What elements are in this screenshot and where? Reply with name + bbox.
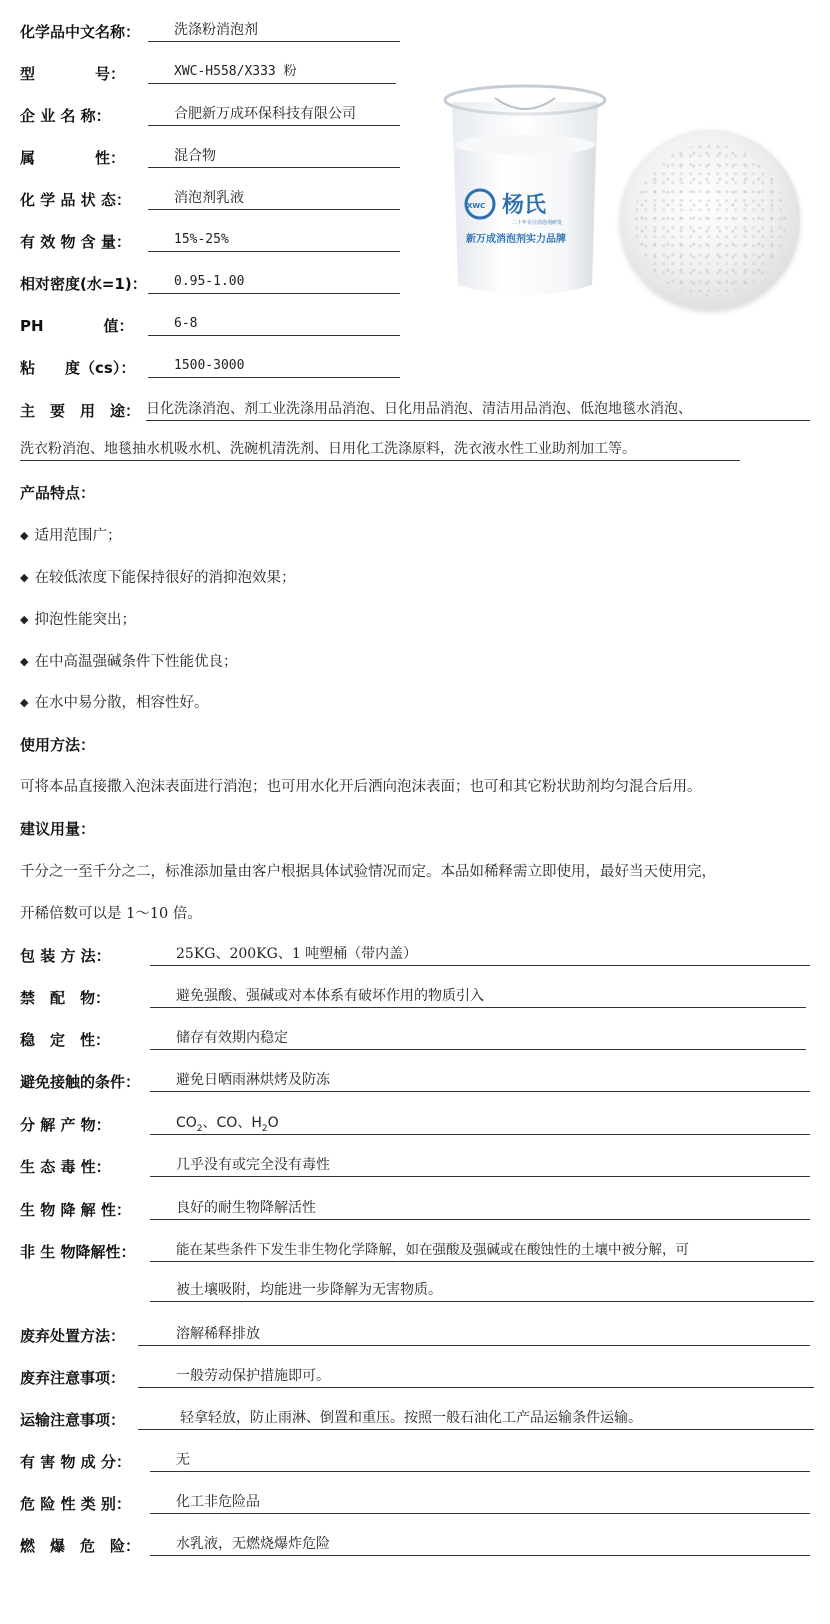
field-packaging: 包 装 方 法：	[20, 942, 111, 966]
field-value: XWC-H558/X333 粉	[148, 62, 396, 84]
field-value: 无	[150, 1450, 810, 1472]
field-value: 良好的耐生物降解活性	[150, 1198, 810, 1220]
usage-text: 可将本品直接撒入泡沫表面进行消泡；也可用水化开后洒向泡沫表面；也可和其它粉状助剂…	[20, 775, 702, 796]
svg-text:XWC: XWC	[467, 202, 485, 210]
field-label: 型 号：	[20, 63, 125, 84]
diamond-bullet-icon: ◆	[20, 529, 28, 542]
field-transport-notes: 运输注意事项：	[20, 1406, 125, 1430]
field-explosion-hazard: 燃 爆 危 险：	[20, 1532, 140, 1556]
field-decomposition: 分 解 产 物：	[20, 1111, 111, 1135]
field-value: 洗涤粉消泡剂	[148, 20, 400, 42]
field-value: 几乎没有或完全没有毒性	[150, 1155, 810, 1177]
field-value: 15%-25%	[148, 230, 400, 252]
diamond-bullet-icon: ◆	[20, 613, 28, 626]
field-value: 轻拿轻放，防止雨淋、倒置和重压。按照一般石油化工产品运输条件运输。	[138, 1408, 814, 1430]
field-stability: 稳 定 性：	[20, 1026, 110, 1050]
main-use-line-2: 洗衣粉消泡、地毯抽水机吸水机、洗碗机清洗剂、日用化工洗涤原料，洗衣液水性工业助剂…	[20, 439, 740, 461]
field-value: 合肥新万成环保科技有限公司	[148, 104, 400, 126]
diamond-bullet-icon: ◆	[20, 696, 28, 709]
field-label: 主 要 用 途：	[20, 400, 140, 421]
field-disposal-method: 废弃处置方法：	[20, 1322, 125, 1346]
field-property: 属 性：	[20, 144, 125, 168]
field-ph: PH 值：	[20, 312, 134, 336]
field-label: 相对密度(水=1)：	[20, 273, 147, 294]
field-value: 能在某些条件下发生非生物化学降解，如在强酸及强碱或在酸蚀性的土壤中被分解，可	[150, 1240, 814, 1262]
field-eco-toxicity: 生 态 毒 性：	[20, 1153, 111, 1177]
field-value-continued: 被土壤吸附，均能进一步降解为无害物质。	[150, 1280, 814, 1302]
field-label: 化学品中文名称：	[20, 21, 140, 42]
field-state: 化 学 品 状 态：	[20, 186, 131, 210]
svg-text:新万成消泡剂实力品牌: 新万成消泡剂实力品牌	[466, 232, 566, 245]
field-label: 有 效 物 含 量：	[20, 231, 131, 252]
product-image: XWC 杨氏 二十年专注消泡剂研发 新万成消泡剂实力品牌	[430, 70, 830, 330]
main-use-line-1: 日化洗涤消泡、剂工业洗涤用品消泡、日化用品消泡、清洁用品消泡、低泡地毯水消泡、	[146, 399, 810, 421]
field-label: 粘 度（cs）：	[20, 357, 135, 378]
field-value: 化工非危险品	[150, 1492, 810, 1514]
field-model: 型 号：	[20, 60, 125, 84]
field-label: 化 学 品 状 态：	[20, 189, 131, 210]
field-value: 1500-3000	[148, 356, 400, 378]
features-heading: 产品特点：	[20, 482, 95, 503]
field-biodegradability: 生 物 降 解 性：	[20, 1196, 131, 1220]
field-density: 相对密度(水=1)：	[20, 270, 147, 294]
dosage-line-2: 开稀倍数可以是 1～10 倍。	[20, 902, 202, 923]
field-abiotic-degradation: 非 生 物降解性：	[20, 1238, 135, 1262]
field-value: 水乳液，无燃烧爆炸危险	[150, 1534, 810, 1556]
field-main-use: 主 要 用 途：	[20, 397, 140, 421]
dosage-line-1: 千分之一至千分之二，标准添加量由客户根据具体试验情况而定。本品如稀释需立即使用，…	[20, 860, 716, 881]
svg-text:二十年专注消泡剂研发: 二十年专注消泡剂研发	[512, 219, 562, 226]
field-value: 避免日晒雨淋烘烤及防冻	[150, 1070, 810, 1092]
field-value: 储存有效期内稳定	[150, 1028, 806, 1050]
field-hazard-class: 危 险 性 类 别：	[20, 1490, 131, 1514]
feature-item: ◆适用范围广；	[20, 524, 121, 545]
beaker-icon: XWC 杨氏 二十年专注消泡剂研发 新万成消泡剂实力品牌	[440, 80, 610, 310]
usage-heading: 使用方法：	[20, 734, 95, 755]
field-avoid-conditions: 避免接触的条件：	[20, 1068, 140, 1092]
svg-text:杨氏: 杨氏	[502, 192, 547, 218]
field-hazardous-components: 有 害 物 成 分：	[20, 1448, 131, 1472]
dosage-heading: 建议用量：	[20, 818, 95, 839]
diamond-bullet-icon: ◆	[20, 655, 28, 668]
field-chemical-name: 化学品中文名称：	[20, 18, 140, 42]
field-value: 消泡剂乳液	[148, 188, 400, 210]
field-viscosity: 粘 度（cs）：	[20, 354, 135, 378]
powder-dish-image	[620, 130, 800, 310]
field-value: 一般劳动保护措施即可。	[138, 1366, 814, 1388]
field-value: CO2、CO、H2O	[150, 1113, 810, 1135]
diamond-bullet-icon: ◆	[20, 571, 28, 584]
field-value: 避免强酸、强碱或对本体系有破坏作用的物质引入	[150, 986, 806, 1008]
feature-item: ◆在中高温强碱条件下性能优良；	[20, 650, 237, 671]
field-value: 0.95-1.00	[148, 272, 400, 294]
field-label: 企 业 名 称：	[20, 105, 111, 126]
field-active-content: 有 效 物 含 量：	[20, 228, 131, 252]
field-disposal-notes: 废弃注意事项：	[20, 1364, 125, 1388]
field-value: 6-8	[148, 314, 400, 336]
field-value: 溶解稀释排放	[138, 1324, 810, 1346]
feature-item: ◆抑泡性能突出；	[20, 608, 136, 629]
field-incompatible: 禁 配 物：	[20, 984, 110, 1008]
field-label: 属 性：	[20, 147, 125, 168]
field-company: 企 业 名 称：	[20, 102, 111, 126]
feature-item: ◆在较低浓度下能保持很好的消抑泡效果；	[20, 566, 295, 587]
field-label: PH 值：	[20, 315, 134, 336]
feature-item: ◆在水中易分散，相容性好。	[20, 691, 208, 712]
field-value: 25KG、200KG、1 吨塑桶（带内盖）	[150, 944, 810, 966]
field-value: 混合物	[148, 146, 400, 168]
